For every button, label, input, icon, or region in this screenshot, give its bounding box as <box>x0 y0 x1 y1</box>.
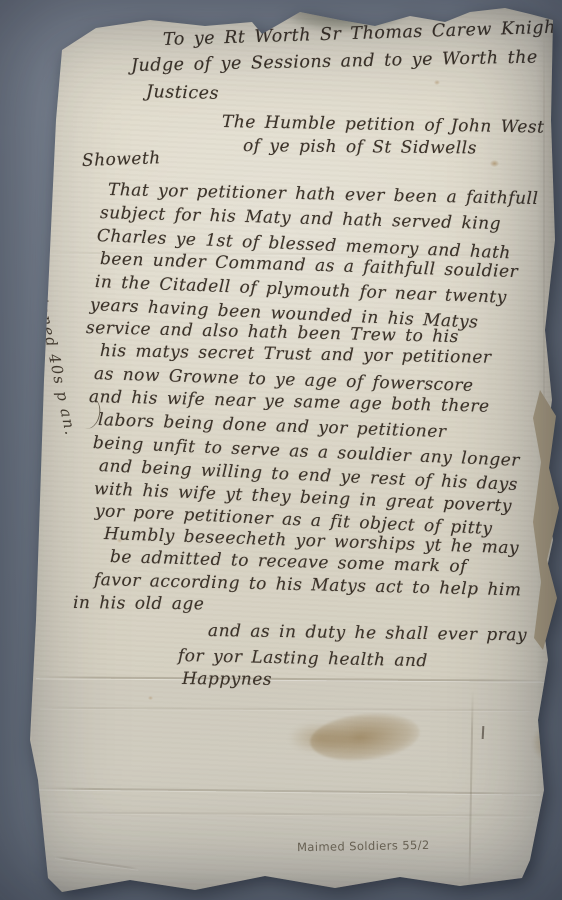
document-scan: To ye Rt Worth Sr Thomas Carew Knight Ju… <box>0 0 562 900</box>
archive-reference: Maimed Soldiers 55/2 <box>297 838 430 854</box>
closing-line: Happynes <box>182 669 272 690</box>
petition-line: in his old age <box>73 593 205 614</box>
address-line: Justices <box>146 82 220 104</box>
showeth-label: Showeth <box>82 148 161 171</box>
paper-lower-band <box>32 680 550 890</box>
petition-heading-line: of ye pish of St Sidwells <box>243 136 477 158</box>
petition-page: To ye Rt Worth Sr Thomas Carew Knight Ju… <box>0 0 562 900</box>
photo-backdrop: To ye Rt Worth Sr Thomas Carew Knight Ju… <box>0 0 562 900</box>
